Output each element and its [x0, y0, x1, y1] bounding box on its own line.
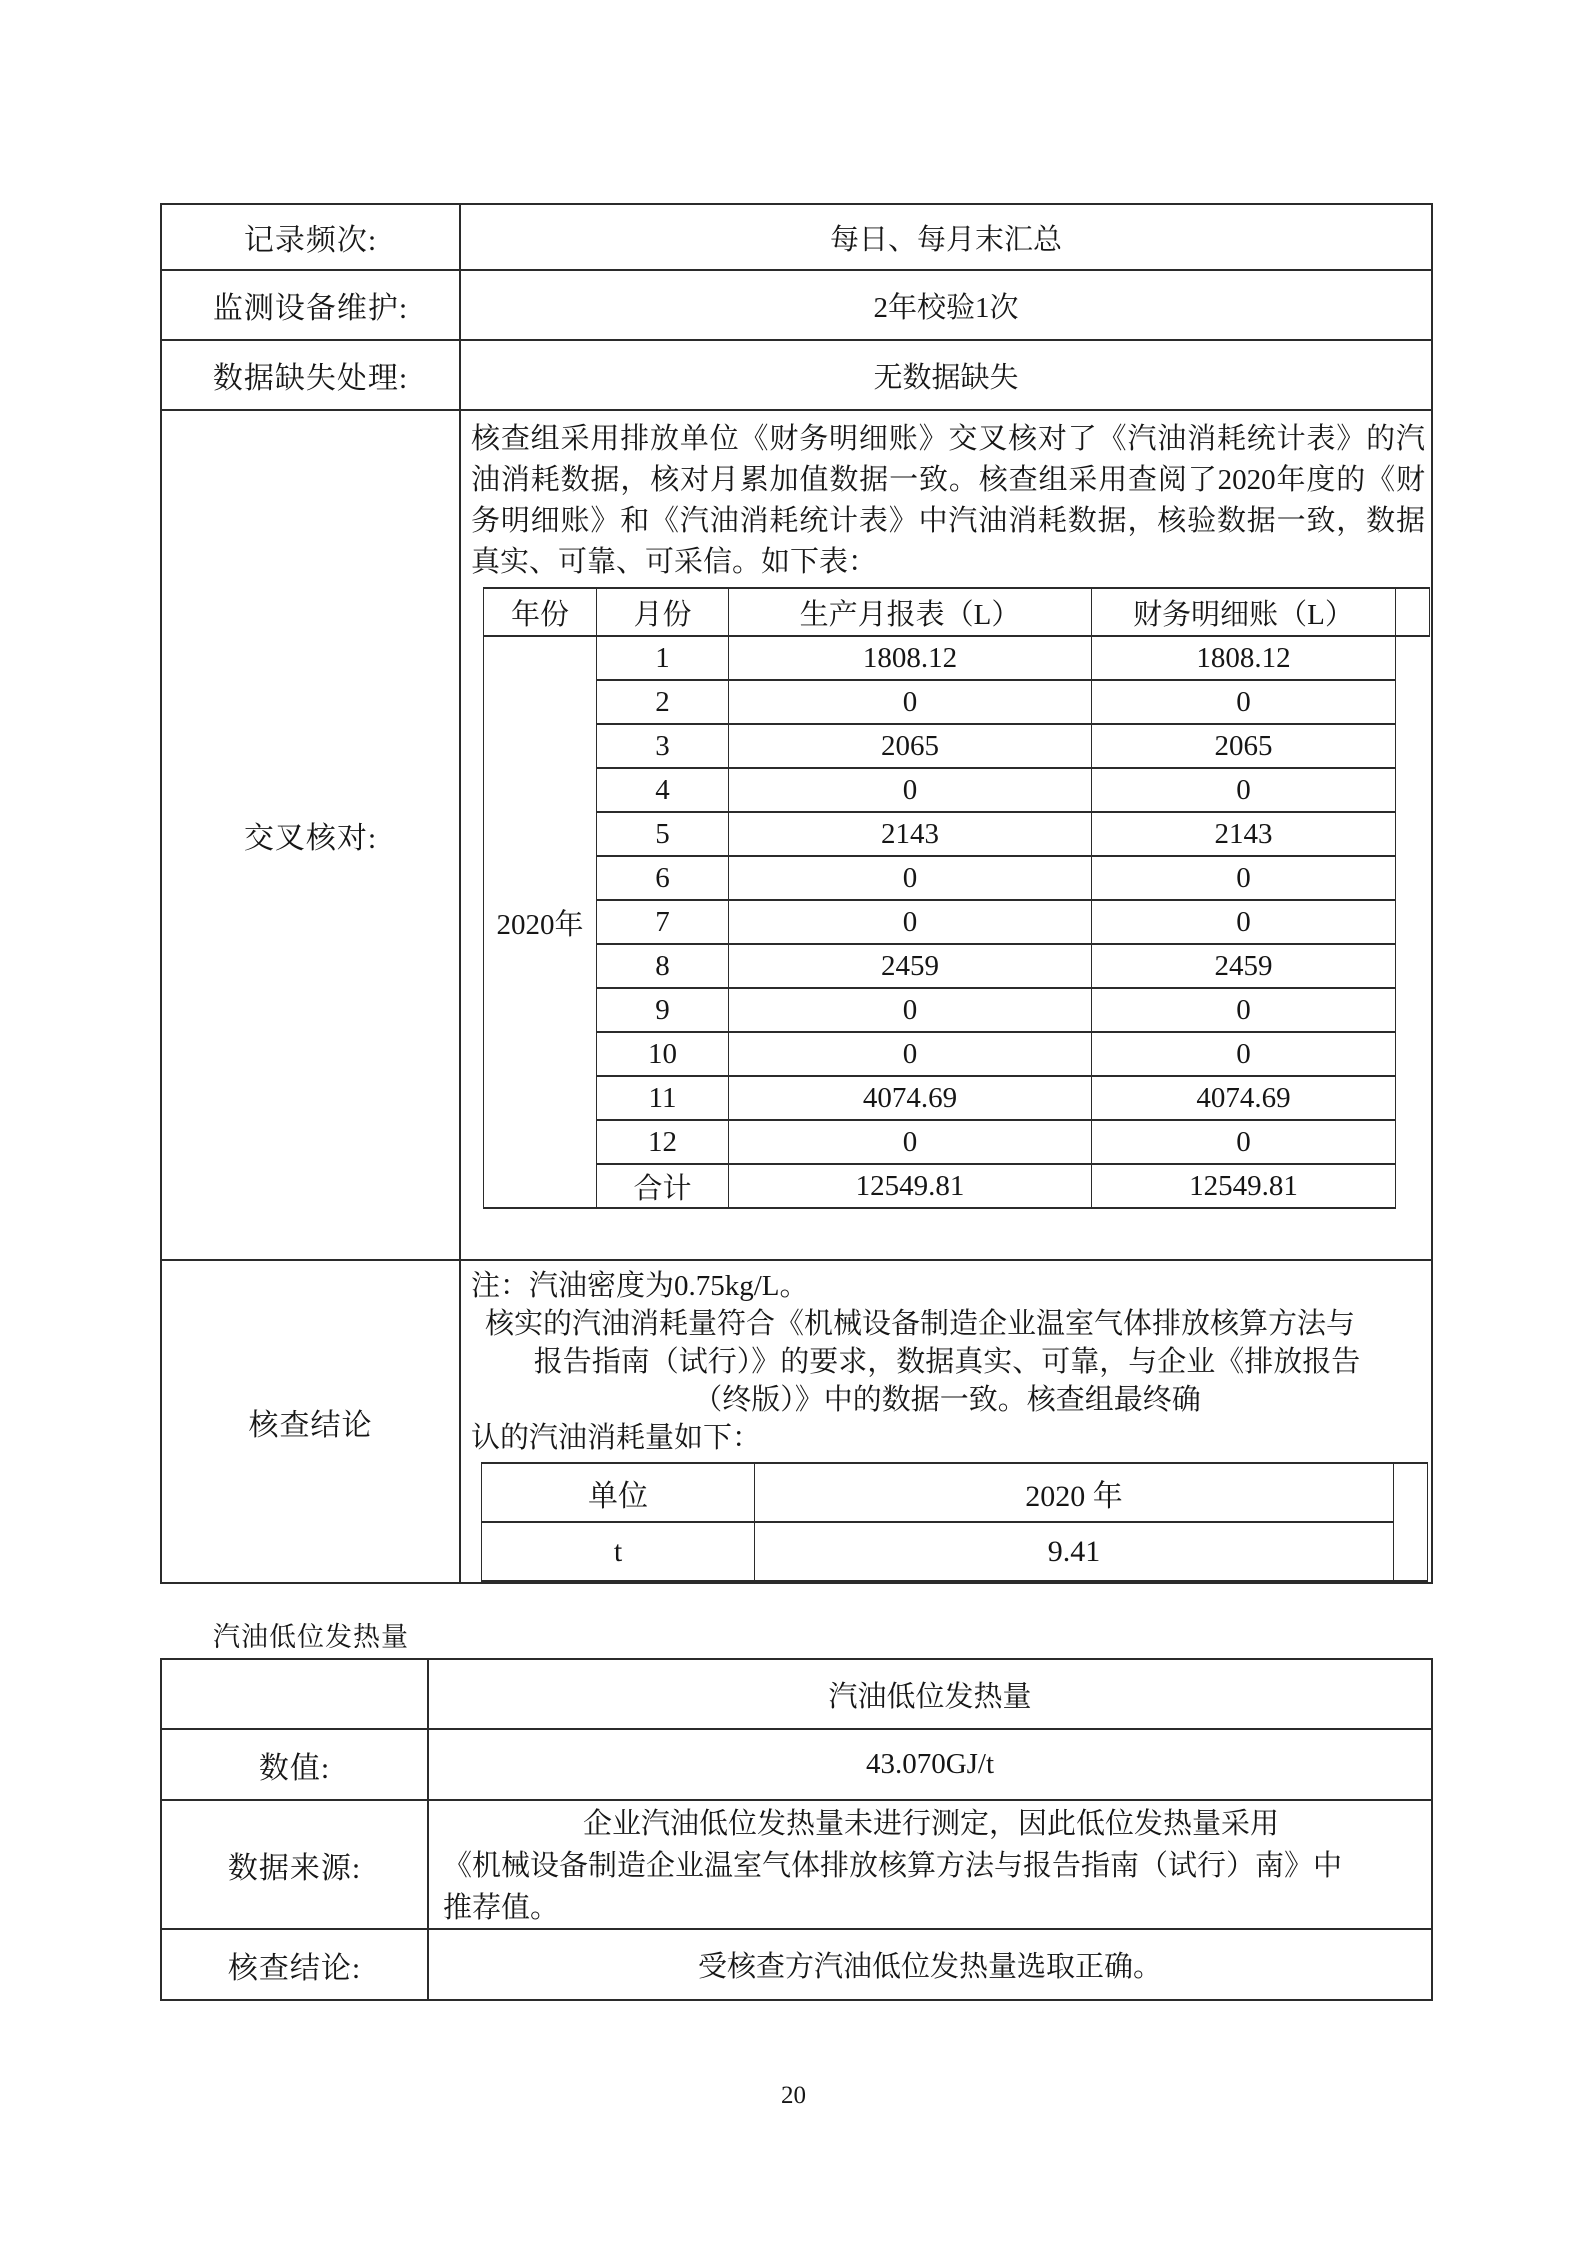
equipment-maintenance-label: 监测设备维护: — [162, 271, 461, 339]
year-header-cell: 2020 年 — [755, 1463, 1394, 1522]
empty-label-cell — [162, 1660, 429, 1728]
data-cell: 0 — [729, 1120, 1092, 1164]
data-cell: 12549.81 — [1092, 1164, 1396, 1208]
data-cell: 2459 — [1092, 944, 1396, 988]
missing-data-value: 无数据缺失 — [461, 341, 1431, 409]
header-production-report: 生产月报表（L） — [729, 588, 1092, 636]
monthly-table-row: 521432143 — [484, 812, 1430, 856]
note-line: 核实的汽油消耗量符合《机械设备制造企业温室气体排放核算方法与 — [471, 1305, 1423, 1343]
confirmed-consumption-table: 单位 2020 年 t 9.41 — [481, 1462, 1428, 1582]
source-line: 《机械设备制造企业温室气体排放核算方法与报告指南（试行）南》中 — [443, 1845, 1419, 1887]
cross-check-content: 核查组采用排放单位《财务明细账》交叉核对了《汽油消耗统计表》的汽油消耗数据，核对… — [461, 411, 1431, 1259]
record-frequency-label: 记录频次: — [162, 205, 461, 269]
monthly-table-row: 400 — [484, 768, 1430, 812]
data-cell: 0 — [1092, 988, 1396, 1032]
cross-check-label: 交叉核对: — [162, 411, 461, 1259]
monthly-consumption-table: 年份 月份 生产月报表（L） 财务明细账（L） 2020年11808.12180… — [483, 587, 1430, 1209]
table-row: 单位 2020 年 — [482, 1463, 1428, 1522]
data-cell: 合计 — [597, 1164, 729, 1208]
verification-conclusion-value: 受核查方汽油低位发热量选取正确。 — [429, 1930, 1431, 1999]
note-line: 报告指南（试行）》的要求，数据真实、可靠，与企业《排放报告 — [471, 1343, 1423, 1381]
year-cell: 2020年 — [484, 636, 597, 1208]
data-cell: 4074.69 — [729, 1076, 1092, 1120]
data-cell: 0 — [729, 680, 1092, 724]
data-cell: 1808.12 — [1092, 636, 1396, 680]
data-cell: 11 — [597, 1076, 729, 1120]
record-frequency-value: 每日、每月末汇总 — [461, 205, 1431, 269]
monthly-table-header-row: 年份 月份 生产月报表（L） 财务明细账（L） — [484, 588, 1430, 636]
monthly-table-row: 合计12549.8112549.81 — [484, 1164, 1430, 1208]
table-row: t 9.41 — [482, 1522, 1428, 1581]
data-source-text: 企业汽油低位发热量未进行测定，因此低位发热量采用 《机械设备制造企业温室气体排放… — [429, 1801, 1431, 1928]
cross-check-row: 交叉核对: 核查组采用排放单位《财务明细账》交叉核对了《汽油消耗统计表》的汽油消… — [162, 409, 1431, 1259]
data-cell: 0 — [729, 900, 1092, 944]
conclusion-label: 核查结论 — [162, 1261, 461, 1582]
conclusion-notes: 注：汽油密度为0.75kg/L。 核实的汽油消耗量符合《机械设备制造企业温室气体… — [461, 1261, 1431, 1457]
data-cell: 7 — [597, 900, 729, 944]
conclusion-row: 核查结论 注：汽油密度为0.75kg/L。 核实的汽油消耗量符合《机械设备制造企… — [162, 1259, 1431, 1582]
data-cell: 0 — [1092, 1032, 1396, 1076]
table-row: 数值: 43.070GJ/t — [162, 1728, 1431, 1799]
table-row: 监测设备维护: 2年校验1次 — [162, 269, 1431, 339]
source-line: 推荐值。 — [443, 1887, 1419, 1929]
header-finance-ledger: 财务明细账（L） — [1092, 588, 1396, 636]
data-cell: 3 — [597, 724, 729, 768]
conclusion-content: 注：汽油密度为0.75kg/L。 核实的汽油消耗量符合《机械设备制造企业温室气体… — [461, 1261, 1431, 1582]
heating-value-table: 汽油低位发热量 数值: 43.070GJ/t 数据来源: 企业汽油低位发热量未进… — [160, 1658, 1433, 2001]
data-cell: 0 — [1092, 900, 1396, 944]
monthly-table-row: 700 — [484, 900, 1430, 944]
monthly-table-row: 824592459 — [484, 944, 1430, 988]
note-line: （终版）》中的数据一致。核查组最终确 — [471, 1381, 1423, 1419]
data-cell: 12 — [597, 1120, 729, 1164]
data-cell: 1 — [597, 636, 729, 680]
data-cell: 6 — [597, 856, 729, 900]
data-cell: 10 — [597, 1032, 729, 1076]
data-cell: 0 — [1092, 680, 1396, 724]
heating-value: 43.070GJ/t — [429, 1730, 1431, 1799]
data-cell: 0 — [1092, 768, 1396, 812]
data-cell: 12549.81 — [729, 1164, 1092, 1208]
page-number: 20 — [0, 2082, 1587, 2110]
data-cell: 8 — [597, 944, 729, 988]
data-cell: 0 — [729, 988, 1092, 1032]
monthly-table-row: 200 — [484, 680, 1430, 724]
header-year: 年份 — [484, 588, 597, 636]
data-cell: 5 — [597, 812, 729, 856]
note-line: 认的汽油消耗量如下： — [471, 1419, 1423, 1457]
equipment-maintenance-value: 2年校验1次 — [461, 271, 1431, 339]
monitoring-verification-table: 记录频次: 每日、每月末汇总 监测设备维护: 2年校验1次 数据缺失处理: 无数… — [160, 203, 1433, 1584]
spacer-column — [1396, 588, 1430, 636]
data-cell: 2143 — [1092, 812, 1396, 856]
monthly-table-row: 1200 — [484, 1120, 1430, 1164]
table-row: 数据来源: 企业汽油低位发热量未进行测定，因此低位发热量采用 《机械设备制造企业… — [162, 1799, 1431, 1928]
note-line: 注：汽油密度为0.75kg/L。 — [471, 1267, 1423, 1305]
monthly-table-row: 320652065 — [484, 724, 1430, 768]
data-cell: 0 — [729, 768, 1092, 812]
unit-cell: t — [482, 1522, 755, 1581]
value-label: 数值: — [162, 1730, 429, 1799]
value-cell: 9.41 — [755, 1522, 1394, 1581]
data-cell: 2143 — [729, 812, 1092, 856]
monthly-table-row: 2020年11808.121808.12 — [484, 636, 1430, 680]
section-heading: 汽油低位发热量 — [213, 1615, 409, 1654]
data-cell: 9 — [597, 988, 729, 1032]
data-cell: 2459 — [729, 944, 1092, 988]
table-row: 数据缺失处理: 无数据缺失 — [162, 339, 1431, 409]
monthly-table-row: 600 — [484, 856, 1430, 900]
monthly-table-row: 900 — [484, 988, 1430, 1032]
monthly-table-row: 1000 — [484, 1032, 1430, 1076]
data-cell: 2 — [597, 680, 729, 724]
data-cell: 2065 — [1092, 724, 1396, 768]
header-month: 月份 — [597, 588, 729, 636]
data-cell: 0 — [1092, 856, 1396, 900]
table-row: 汽油低位发热量 — [162, 1660, 1431, 1728]
missing-data-label: 数据缺失处理: — [162, 341, 461, 409]
monthly-table-row: 114074.694074.69 — [484, 1076, 1430, 1120]
heating-value-header: 汽油低位发热量 — [429, 1660, 1431, 1728]
data-cell: 1808.12 — [729, 636, 1092, 680]
unit-header-cell: 单位 — [482, 1463, 755, 1522]
data-cell: 4074.69 — [1092, 1076, 1396, 1120]
data-cell: 4 — [597, 768, 729, 812]
data-cell: 0 — [729, 856, 1092, 900]
verification-conclusion-label: 核查结论: — [162, 1930, 429, 1999]
table-row: 核查结论: 受核查方汽油低位发热量选取正确。 — [162, 1928, 1431, 1999]
cross-check-paragraph: 核查组采用排放单位《财务明细账》交叉核对了《汽油消耗统计表》的汽油消耗数据，核对… — [461, 411, 1431, 583]
spacer-column — [1394, 1463, 1428, 1581]
data-source-label: 数据来源: — [162, 1801, 429, 1928]
data-cell: 2065 — [729, 724, 1092, 768]
table-row: 记录频次: 每日、每月末汇总 — [162, 205, 1431, 269]
data-cell: 0 — [729, 1032, 1092, 1076]
data-cell: 0 — [1092, 1120, 1396, 1164]
document-page: 记录频次: 每日、每月末汇总 监测设备维护: 2年校验1次 数据缺失处理: 无数… — [0, 0, 1587, 2245]
source-line: 企业汽油低位发热量未进行测定，因此低位发热量采用 — [443, 1803, 1419, 1845]
